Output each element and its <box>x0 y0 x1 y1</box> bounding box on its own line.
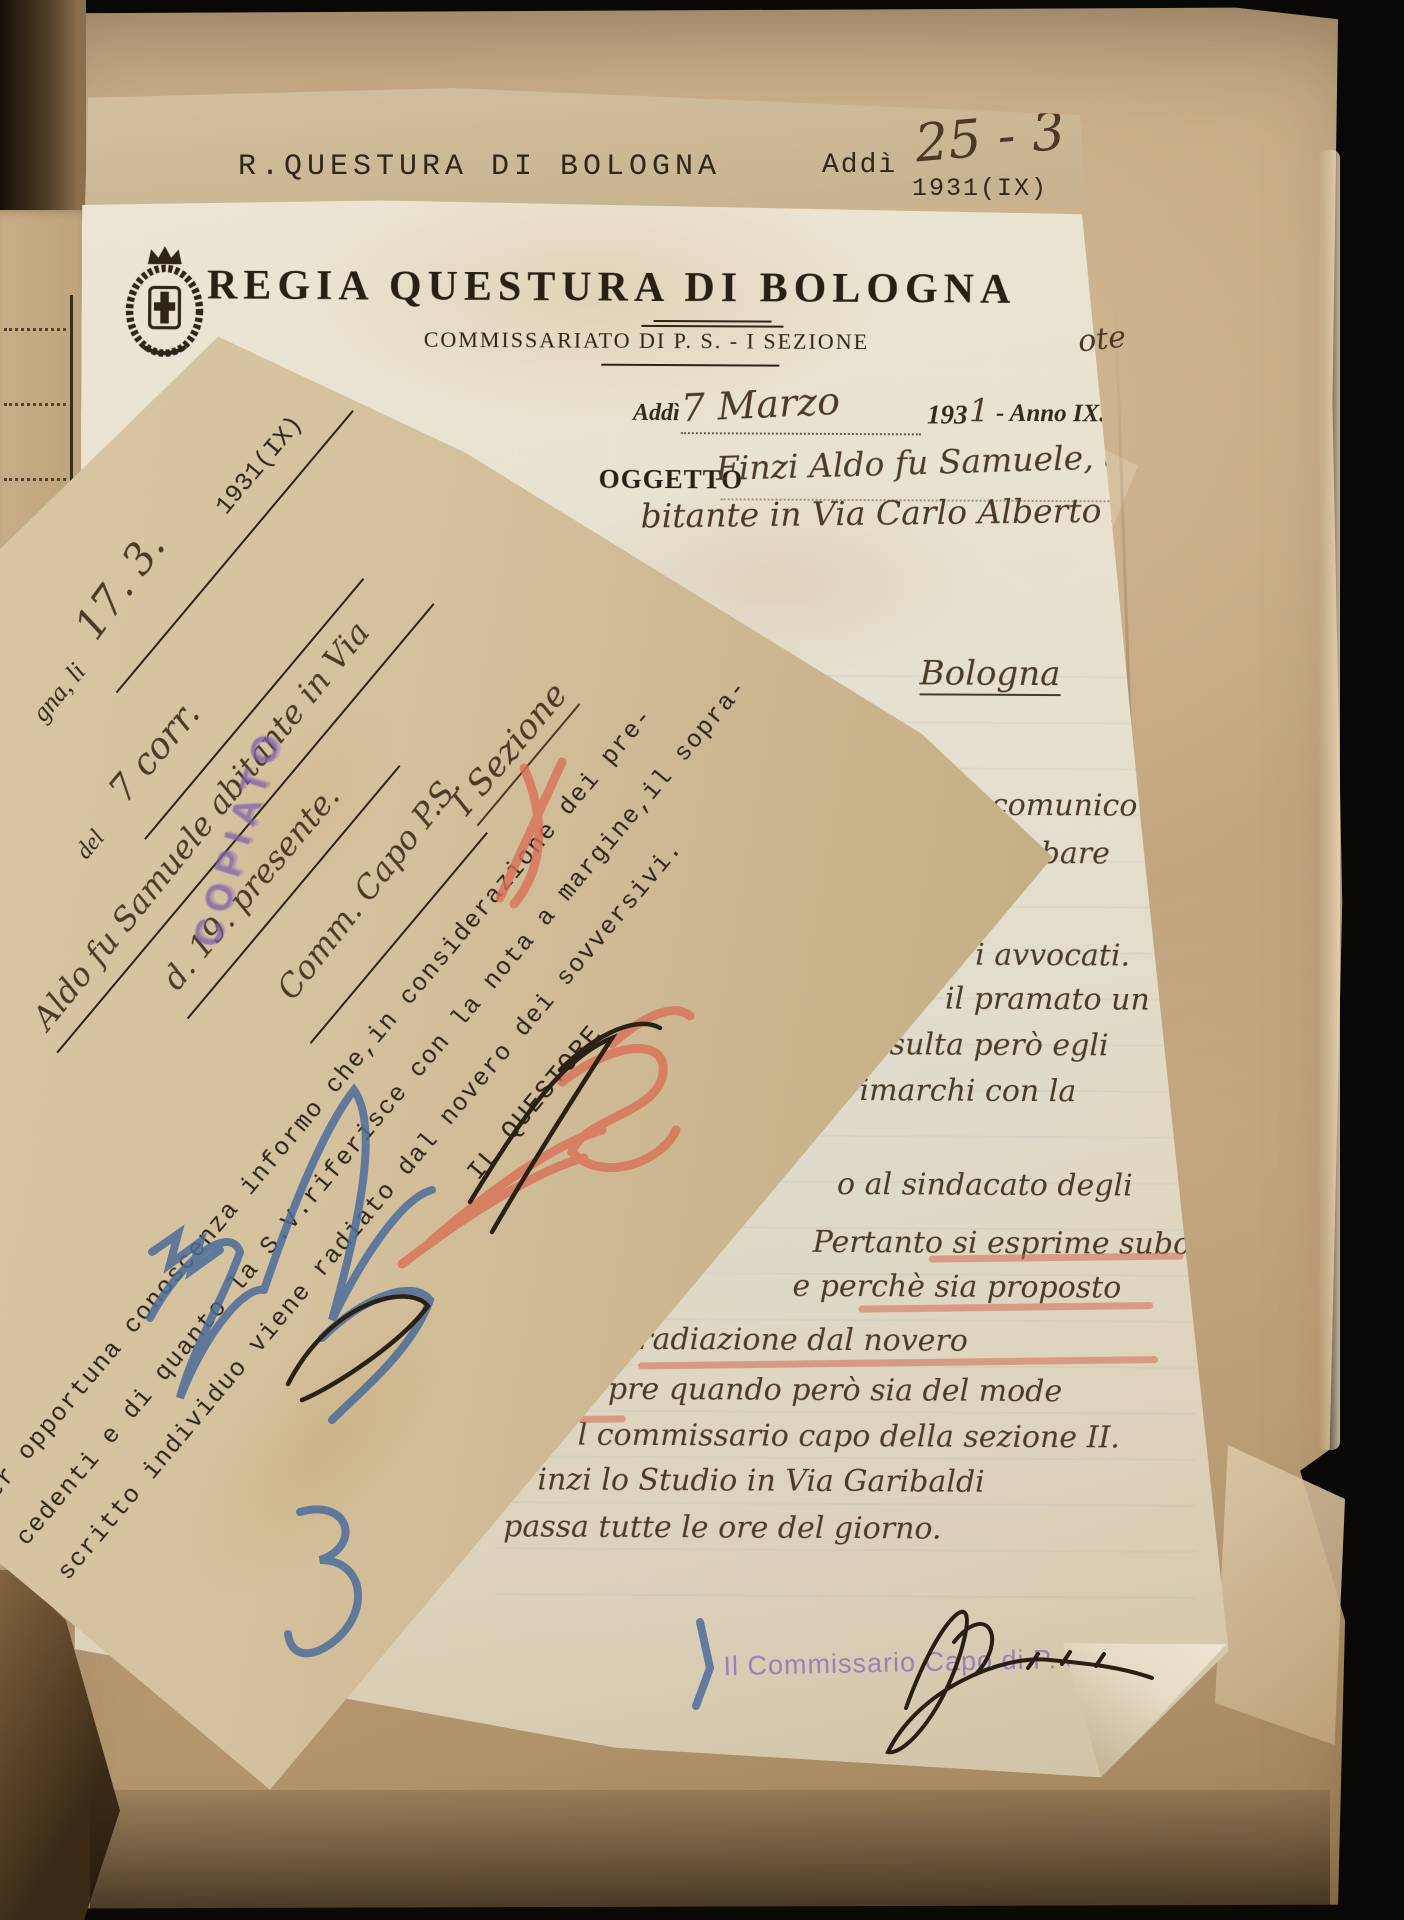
red-pencil-marks <box>402 762 690 1264</box>
blue-pencil-scrawls <box>150 1090 710 1706</box>
commissario-signature <box>888 1612 1152 1752</box>
archival-photo-stage: R.QUESTURA DI BOLOGNA Addì 25 - 3 1931(I… <box>0 0 1404 1920</box>
annotations-overlay <box>0 0 1404 1920</box>
